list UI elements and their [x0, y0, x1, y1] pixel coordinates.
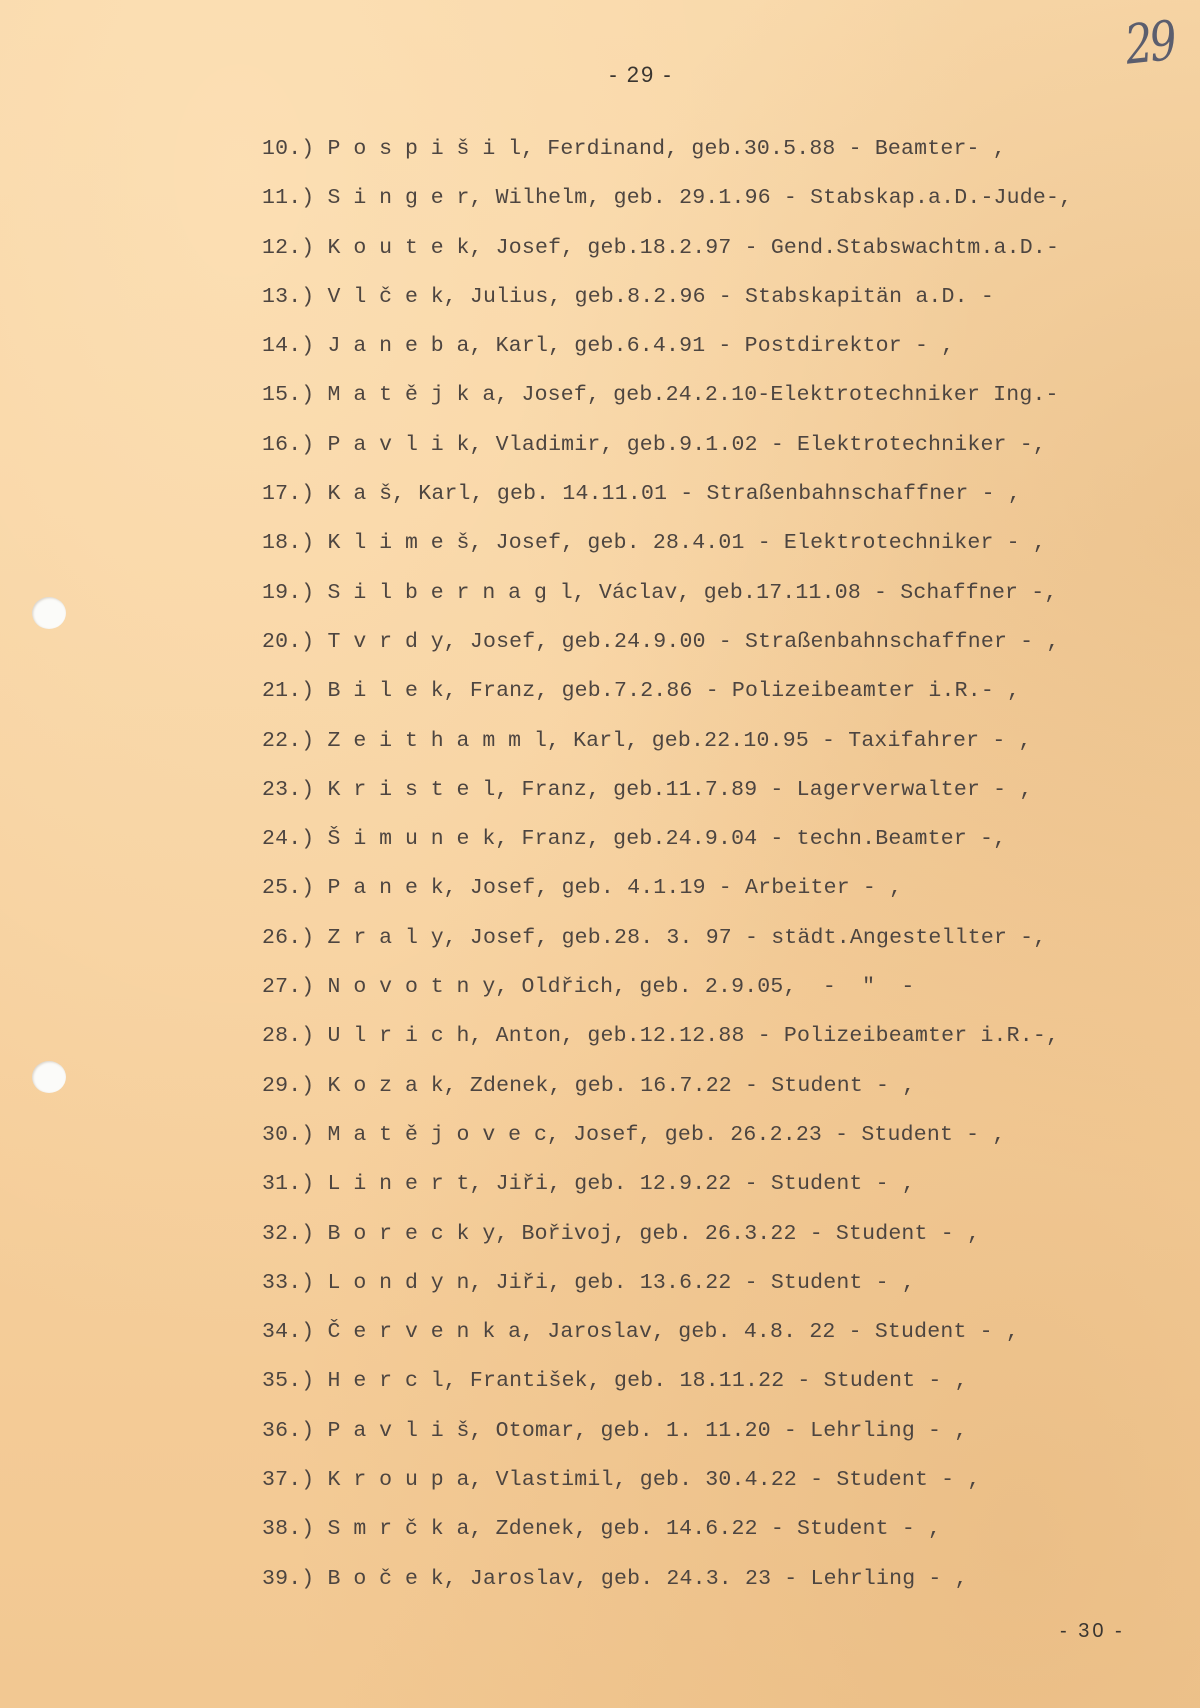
- list-item: 31.) L i n e r t, Jiři, geb. 12.9.22 - S…: [262, 1169, 1072, 1218]
- entry-surname: K a š: [328, 482, 393, 506]
- entry-number: 28.): [262, 1024, 314, 1048]
- list-item: 25.) P a n e k, Josef, geb. 4.1.19 - Arb…: [262, 873, 1072, 922]
- list-item: 39.) B o č e k, Jaroslav, geb. 24.3. 23 …: [262, 1564, 1072, 1613]
- entry-details: , Vlastimil, geb. 30.4.22 - Student - ,: [469, 1468, 980, 1492]
- entry-surname: N o v o t n y: [328, 975, 496, 999]
- entry-surname: T v r d y: [328, 630, 444, 654]
- entry-surname: H e r c l: [328, 1369, 444, 1393]
- entry-surname: U l r i c h: [328, 1024, 470, 1048]
- entry-details: , Zdenek, geb. 14.6.22 - Student - ,: [469, 1517, 941, 1541]
- entry-number: 26.): [262, 926, 314, 950]
- list-item: 10.) P o s p i š i l, Ferdinand, geb.30.…: [262, 134, 1072, 183]
- entry-number: 22.): [262, 729, 314, 753]
- entry-surname: J a n e b a: [328, 334, 470, 358]
- entry-details: , Josef, geb.24.9.00 - Straßenbahnschaff…: [444, 630, 1060, 654]
- entry-details: , Franz, geb.24.9.04 - techn.Beamter -,: [495, 827, 1006, 851]
- entry-surname: S i l b e r n a g l: [328, 581, 573, 605]
- page-number-header: - 29 -: [0, 62, 1200, 88]
- entry-number: 31.): [262, 1172, 314, 1196]
- list-item: 27.) N o v o t n y, Oldřich, geb. 2.9.05…: [262, 972, 1072, 1021]
- entry-details: , Ferdinand, geb.30.5.88 - Beamter- ,: [521, 137, 1006, 161]
- list-item: 19.) S i l b e r n a g l, Václav, geb.17…: [262, 578, 1072, 627]
- entry-details: , Wilhelm, geb. 29.1.96 - Stabskap.a.D.-…: [469, 186, 1072, 210]
- list-item: 22.) Z e i t h a m m l, Karl, geb.22.10.…: [262, 726, 1072, 775]
- entry-surname: V l č e k: [328, 285, 444, 309]
- entry-details: , Karl, geb. 14.11.01 - Straßenbahnschaf…: [392, 482, 1021, 506]
- entry-details: , Anton, geb.12.12.88 - Polizeibeamter i…: [469, 1024, 1059, 1048]
- entry-number: 29.): [262, 1074, 314, 1098]
- list-item: 15.) M a t ě j k a, Josef, geb.24.2.10-E…: [262, 380, 1072, 429]
- document-page: - 29 - 29 10.) P o s p i š i l, Ferdinan…: [0, 0, 1200, 1708]
- entry-number: 38.): [262, 1517, 314, 1541]
- list-item: 28.) U l r i c h, Anton, geb.12.12.88 - …: [262, 1021, 1072, 1070]
- entry-surname: P a v l i k: [328, 433, 470, 457]
- entry-number: 11.): [262, 186, 314, 210]
- list-item: 26.) Z r a l y, Josef, geb.28. 3. 97 - s…: [262, 923, 1072, 972]
- list-item: 20.) T v r d y, Josef, geb.24.9.00 - Str…: [262, 627, 1072, 676]
- entry-surname: Z e i t h a m m l: [328, 729, 547, 753]
- entry-number: 24.): [262, 827, 314, 851]
- entry-details: , Josef, geb. 26.2.23 - Student - ,: [547, 1123, 1006, 1147]
- entry-details: , Josef, geb.18.2.97 - Gend.Stabswachtm.…: [469, 236, 1059, 260]
- entry-number: 32.): [262, 1222, 314, 1246]
- entry-surname: K o u t e k: [328, 236, 470, 260]
- list-item: 34.) Č e r v e n k a, Jaroslav, geb. 4.8…: [262, 1317, 1072, 1366]
- list-item: 13.) V l č e k, Julius, geb.8.2.96 - Sta…: [262, 282, 1072, 331]
- entry-surname: Š i m u n e k: [328, 827, 496, 851]
- list-item: 35.) H e r c l, František, geb. 18.11.22…: [262, 1366, 1072, 1415]
- person-list: 10.) P o s p i š i l, Ferdinand, geb.30.…: [262, 134, 1072, 1613]
- entry-number: 15.): [262, 383, 314, 407]
- entry-number: 18.): [262, 531, 314, 555]
- entry-details: , Josef, geb. 28.4.01 - Elektrotechniker…: [469, 531, 1046, 555]
- entry-details: , Oldřich, geb. 2.9.05, - " -: [495, 975, 914, 999]
- entry-details: , Josef, geb.28. 3. 97 - städt.Angestell…: [444, 926, 1047, 950]
- entry-number: 34.): [262, 1320, 314, 1344]
- entry-details: , Zdenek, geb. 16.7.22 - Student - ,: [444, 1074, 916, 1098]
- entry-details: , Franz, geb.7.2.86 - Polizeibeamter i.R…: [444, 679, 1021, 703]
- entry-details: , Jiři, geb. 13.6.22 - Student - ,: [469, 1271, 914, 1295]
- entry-details: , Bořivoj, geb. 26.3.22 - Student - ,: [495, 1222, 980, 1246]
- entry-number: 35.): [262, 1369, 314, 1393]
- punch-hole: [32, 597, 66, 629]
- list-item: 32.) B o r e c k y, Bořivoj, geb. 26.3.2…: [262, 1219, 1072, 1268]
- entry-number: 33.): [262, 1271, 314, 1295]
- list-item: 23.) K r i s t e l, Franz, geb.11.7.89 -…: [262, 775, 1072, 824]
- entry-surname: S i n g e r: [328, 186, 470, 210]
- entry-surname: L i n e r t: [328, 1172, 470, 1196]
- list-item: 14.) J a n e b a, Karl, geb.6.4.91 - Pos…: [262, 331, 1072, 380]
- entry-details: , Jiři, geb. 12.9.22 - Student - ,: [469, 1172, 914, 1196]
- list-item: 36.) P a v l i š, Otomar, geb. 1. 11.20 …: [262, 1416, 1072, 1465]
- entry-details: , Franz, geb.11.7.89 - Lagerverwalter - …: [495, 778, 1032, 802]
- entry-number: 37.): [262, 1468, 314, 1492]
- list-item: 12.) K o u t e k, Josef, geb.18.2.97 - G…: [262, 233, 1072, 282]
- entry-surname: Z r a l y: [328, 926, 444, 950]
- list-item: 11.) S i n g e r, Wilhelm, geb. 29.1.96 …: [262, 183, 1072, 232]
- entry-number: 16.): [262, 433, 314, 457]
- entry-number: 39.): [262, 1567, 314, 1591]
- entry-details: , Otomar, geb. 1. 11.20 - Lehrling - ,: [469, 1419, 967, 1443]
- entry-surname: P a n e k: [328, 876, 444, 900]
- entry-surname: K r i s t e l: [328, 778, 496, 802]
- entry-number: 19.): [262, 581, 314, 605]
- entry-number: 23.): [262, 778, 314, 802]
- entry-number: 21.): [262, 679, 314, 703]
- entry-number: 20.): [262, 630, 314, 654]
- entry-surname: P o s p i š i l: [328, 137, 522, 161]
- entry-surname: P a v l i š: [328, 1419, 470, 1443]
- entry-details: , Karl, geb.6.4.91 - Postdirektor - ,: [469, 334, 954, 358]
- entry-surname: M a t ě j k a: [328, 383, 496, 407]
- entry-details: , Jaroslav, geb. 24.3. 23 - Lehrling - ,: [444, 1567, 968, 1591]
- entry-details: , Vladimir, geb.9.1.02 - Elektrotechnike…: [469, 433, 1046, 457]
- list-item: 24.) Š i m u n e k, Franz, geb.24.9.04 -…: [262, 824, 1072, 873]
- list-item: 18.) K l i m e š, Josef, geb. 28.4.01 - …: [262, 528, 1072, 577]
- list-item: 30.) M a t ě j o v e c, Josef, geb. 26.2…: [262, 1120, 1072, 1169]
- entry-number: 10.): [262, 137, 314, 161]
- entry-surname: K o z a k: [328, 1074, 444, 1098]
- list-item: 17.) K a š, Karl, geb. 14.11.01 - Straße…: [262, 479, 1072, 528]
- entry-number: 17.): [262, 482, 314, 506]
- entry-number: 27.): [262, 975, 314, 999]
- entry-details: , Julius, geb.8.2.96 - Stabskapitän a.D.…: [444, 285, 994, 309]
- entry-details: , František, geb. 18.11.22 - Student - ,: [444, 1369, 968, 1393]
- list-item: 38.) S m r č k a, Zdenek, geb. 14.6.22 -…: [262, 1514, 1072, 1563]
- entry-details: , Václav, geb.17.11.08 - Schaffner -,: [573, 581, 1058, 605]
- entry-number: 12.): [262, 236, 314, 260]
- punch-hole: [32, 1061, 66, 1093]
- list-item: 33.) L o n d y n, Jiři, geb. 13.6.22 - S…: [262, 1268, 1072, 1317]
- entry-surname: Č e r v e n k a: [328, 1320, 522, 1344]
- list-item: 29.) K o z a k, Zdenek, geb. 16.7.22 - S…: [262, 1071, 1072, 1120]
- entry-surname: B o r e c k y: [328, 1222, 496, 1246]
- next-page-marker: - 30 -: [1060, 1620, 1125, 1643]
- list-item: 37.) K r o u p a, Vlastimil, geb. 30.4.2…: [262, 1465, 1072, 1514]
- entry-number: 36.): [262, 1419, 314, 1443]
- entry-number: 30.): [262, 1123, 314, 1147]
- entry-details: , Jaroslav, geb. 4.8. 22 - Student - ,: [521, 1320, 1019, 1344]
- entry-surname: B o č e k: [328, 1567, 444, 1591]
- entry-surname: S m r č k a: [328, 1517, 470, 1541]
- entry-number: 13.): [262, 285, 314, 309]
- entry-surname: M a t ě j o v e c: [328, 1123, 547, 1147]
- handwritten-archive-number: 29: [1122, 9, 1177, 77]
- list-item: 21.) B i l e k, Franz, geb.7.2.86 - Poli…: [262, 676, 1072, 725]
- entry-details: , Josef, geb.24.2.10-Elektrotechniker In…: [495, 383, 1058, 407]
- entry-number: 25.): [262, 876, 314, 900]
- entry-surname: B i l e k: [328, 679, 444, 703]
- entry-details: , Josef, geb. 4.1.19 - Arbeiter - ,: [444, 876, 903, 900]
- entry-surname: K r o u p a: [328, 1468, 470, 1492]
- entry-number: 14.): [262, 334, 314, 358]
- entry-surname: L o n d y n: [328, 1271, 470, 1295]
- entry-details: , Karl, geb.22.10.95 - Taxifahrer - ,: [547, 729, 1032, 753]
- entry-surname: K l i m e š: [328, 531, 470, 555]
- list-item: 16.) P a v l i k, Vladimir, geb.9.1.02 -…: [262, 430, 1072, 479]
